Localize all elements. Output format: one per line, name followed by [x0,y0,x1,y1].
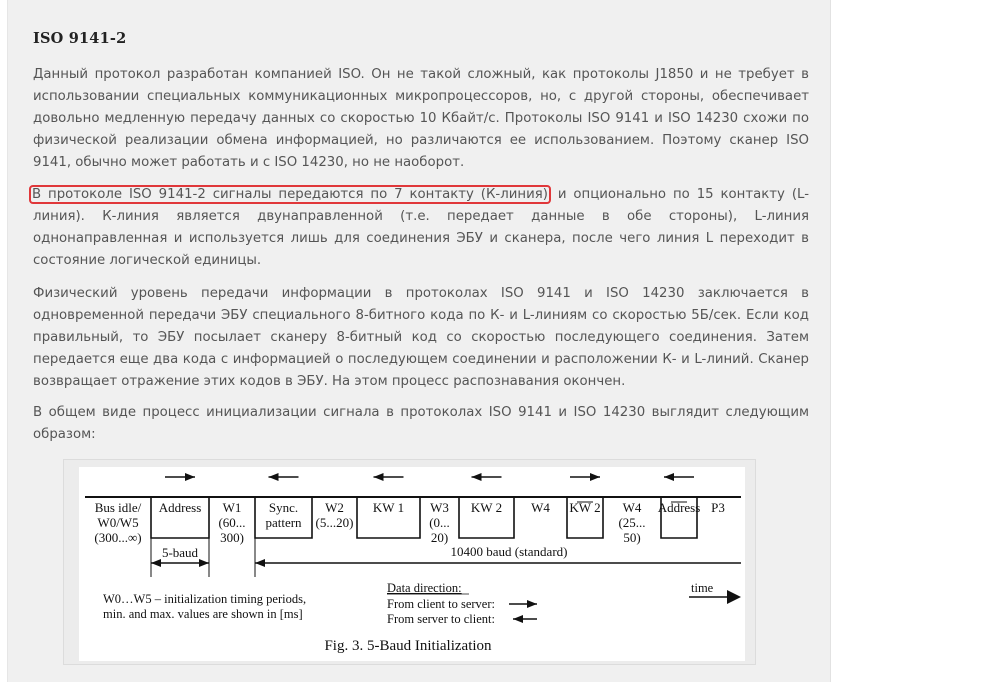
segment-label: W4 [531,500,550,515]
highlighted-text: В протоколе ISO 9141-2 сигналы передаютс… [29,185,551,204]
direction-arrow-icon-head [374,473,384,481]
segment-label: 50) [623,530,640,545]
figure-caption: Fig. 3. 5-Baud Initialization [324,638,492,654]
segment-label: Address [159,500,202,515]
segment-label: Sync. [269,500,298,515]
data-direction-title: Data direction: [387,581,462,595]
paragraph-init-intro: В общем виде процесс инициализации сигна… [33,402,809,446]
figure-5-baud-init: Bus idle/W0/W5(300...∞)AddressW1(60...30… [79,467,745,661]
baud-std-label: 10400 baud (standard) [451,544,568,559]
segment-label: (0... [429,515,450,530]
segment-label: KW 2 [471,500,502,515]
arrow-left-icon [255,559,265,567]
segment-label: (5...20) [316,515,354,530]
segment-label: W4 [623,500,642,515]
segment-label: (300...∞) [94,530,141,545]
time-label: time [691,581,714,595]
arrow-left-icon-head [513,615,523,623]
baud-5-label: 5-baud [162,545,199,560]
segment-label: 300) [220,530,244,545]
segment-label: Bus idle/ [95,500,142,515]
timing-diagram: Bus idle/W0/W5(300...∞)AddressW1(60...30… [79,467,745,661]
segment-label: W0/W5 [97,515,138,530]
segment-label: KW 1 [373,500,404,515]
paragraph-physical-layer: Физический уровень передачи информации в… [33,283,809,393]
segment-label: W2 [325,500,344,515]
direction-arrow-icon-head [185,473,195,481]
arrow-right-icon-head [527,600,537,608]
arrow-right-icon [199,559,209,567]
segment-label: (25... [618,515,645,530]
section-title: ISO 9141-2 [33,30,126,47]
direction-arrow-icon-head [269,473,279,481]
client-to-server-label: From client to server: [387,597,495,611]
segment-label: P3 [711,500,725,515]
paragraph-intro: Данный протокол разработан компанией ISO… [33,64,809,174]
segment-label: pattern [265,515,302,530]
legend-note: W0…W5 – initialization timing periods, [103,592,306,606]
time-arrow-icon [727,590,741,604]
segment-label: W1 [223,500,242,515]
server-to-client-label: From server to client: [387,612,495,626]
paragraph-lines: В протоколе ISO 9141-2 сигналы передаютс… [33,184,809,272]
direction-arrow-icon-head [472,473,482,481]
direction-arrow-icon-head [664,473,674,481]
arrow-left-icon [151,559,161,567]
segment-label: W3 [430,500,449,515]
segment-label: 20) [431,530,448,545]
segment-label: (60... [218,515,245,530]
legend-note: min. and max. values are shown in [ms] [103,607,303,621]
direction-arrow-icon-head [590,473,600,481]
